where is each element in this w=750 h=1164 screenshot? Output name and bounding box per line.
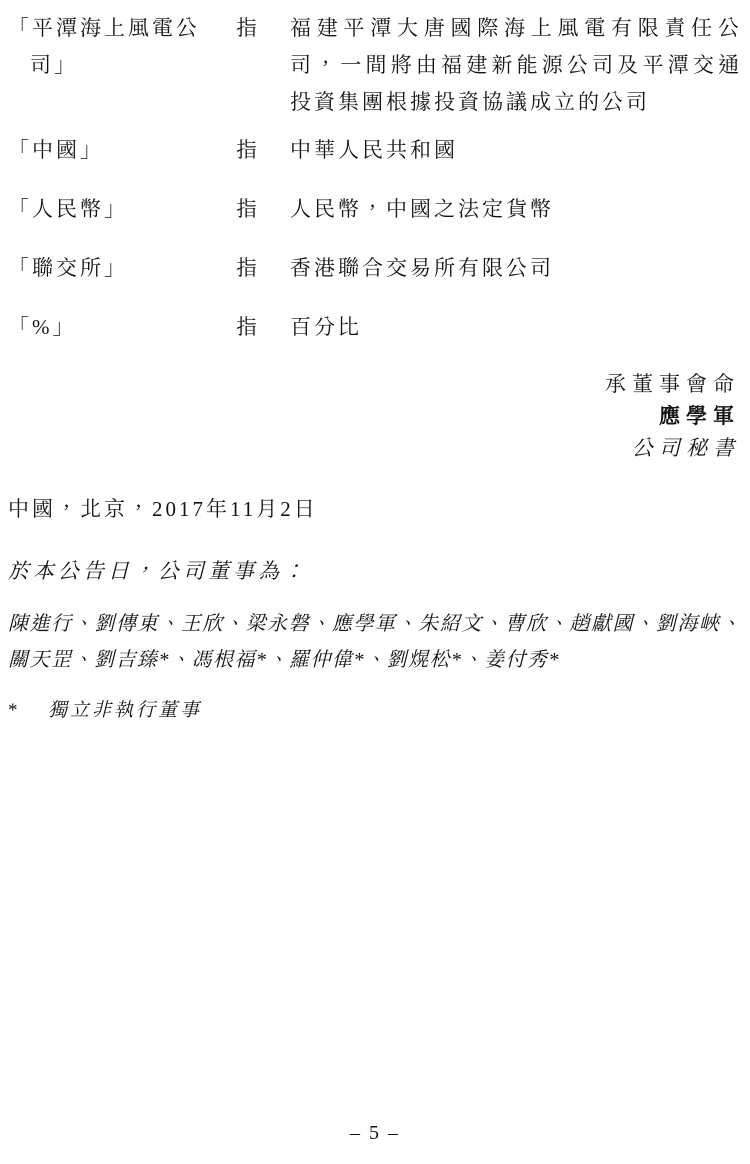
dateline: 中國，北京，2017年11月2日 (8, 491, 742, 528)
definition-text: 福建平潭大唐國際海上風電有限責任公司，一間將由福建新能源公司及平潭交通投資集團根… (290, 10, 742, 121)
signature-name: 應學軍 (8, 400, 740, 432)
definition-connector: 指 (210, 132, 290, 169)
document-page: 「平潭海上風電公司」 指 福建平潭大唐國際海上風電有限責任公司，一間將由福建新能… (0, 0, 750, 1164)
definition-term: 「人民幣」 (8, 191, 210, 228)
definition-text: 百分比 (290, 309, 742, 346)
definition-term: 「中國」 (8, 132, 210, 169)
definition-term: 「%」 (8, 309, 210, 346)
definition-term: 「聯交所」 (8, 250, 210, 287)
directors-intro: 於本公告日，公司董事為： (8, 553, 742, 590)
definition-row: 「人民幣」 指 人民幣，中國之法定貨幣 (8, 191, 742, 228)
page-number: – 5 – (0, 1122, 750, 1145)
definition-row: 「%」 指 百分比 (8, 309, 742, 346)
definition-row: 「中國」 指 中華人民共和國 (8, 132, 742, 169)
definition-connector: 指 (210, 309, 290, 346)
definition-connector: 指 (210, 250, 290, 287)
definition-text: 香港聯合交易所有限公司 (290, 250, 742, 287)
definition-row: 「平潭海上風電公司」 指 福建平潭大唐國際海上風電有限責任公司，一間將由福建新能… (8, 10, 742, 121)
definition-row: 「聯交所」 指 香港聯合交易所有限公司 (8, 250, 742, 287)
footnote-text: 獨立非執行董事 (48, 696, 202, 726)
signature-block: 承董事會命 應學軍 公司秘書 (8, 368, 742, 464)
definition-text: 人民幣，中國之法定貨幣 (290, 191, 742, 228)
definition-connector: 指 (210, 10, 290, 47)
definition-text: 中華人民共和國 (290, 132, 742, 169)
definition-term: 「平潭海上風電公司」 (8, 10, 210, 84)
signature-title: 公司秘書 (8, 432, 740, 464)
footnote: * 獨立非執行董事 (8, 696, 742, 726)
definition-connector: 指 (210, 191, 290, 228)
footnote-marker: * (8, 696, 48, 726)
directors-list: 陳進行、劉傳東、王欣、梁永磐、應學軍、朱紹文、曹欣、趙獻國、劉海峽、關天罡、劉吉… (8, 606, 742, 678)
signature-by-order: 承董事會命 (8, 368, 740, 400)
page-content: 「平潭海上風電公司」 指 福建平潭大唐國際海上風電有限責任公司，一間將由福建新能… (0, 0, 750, 726)
